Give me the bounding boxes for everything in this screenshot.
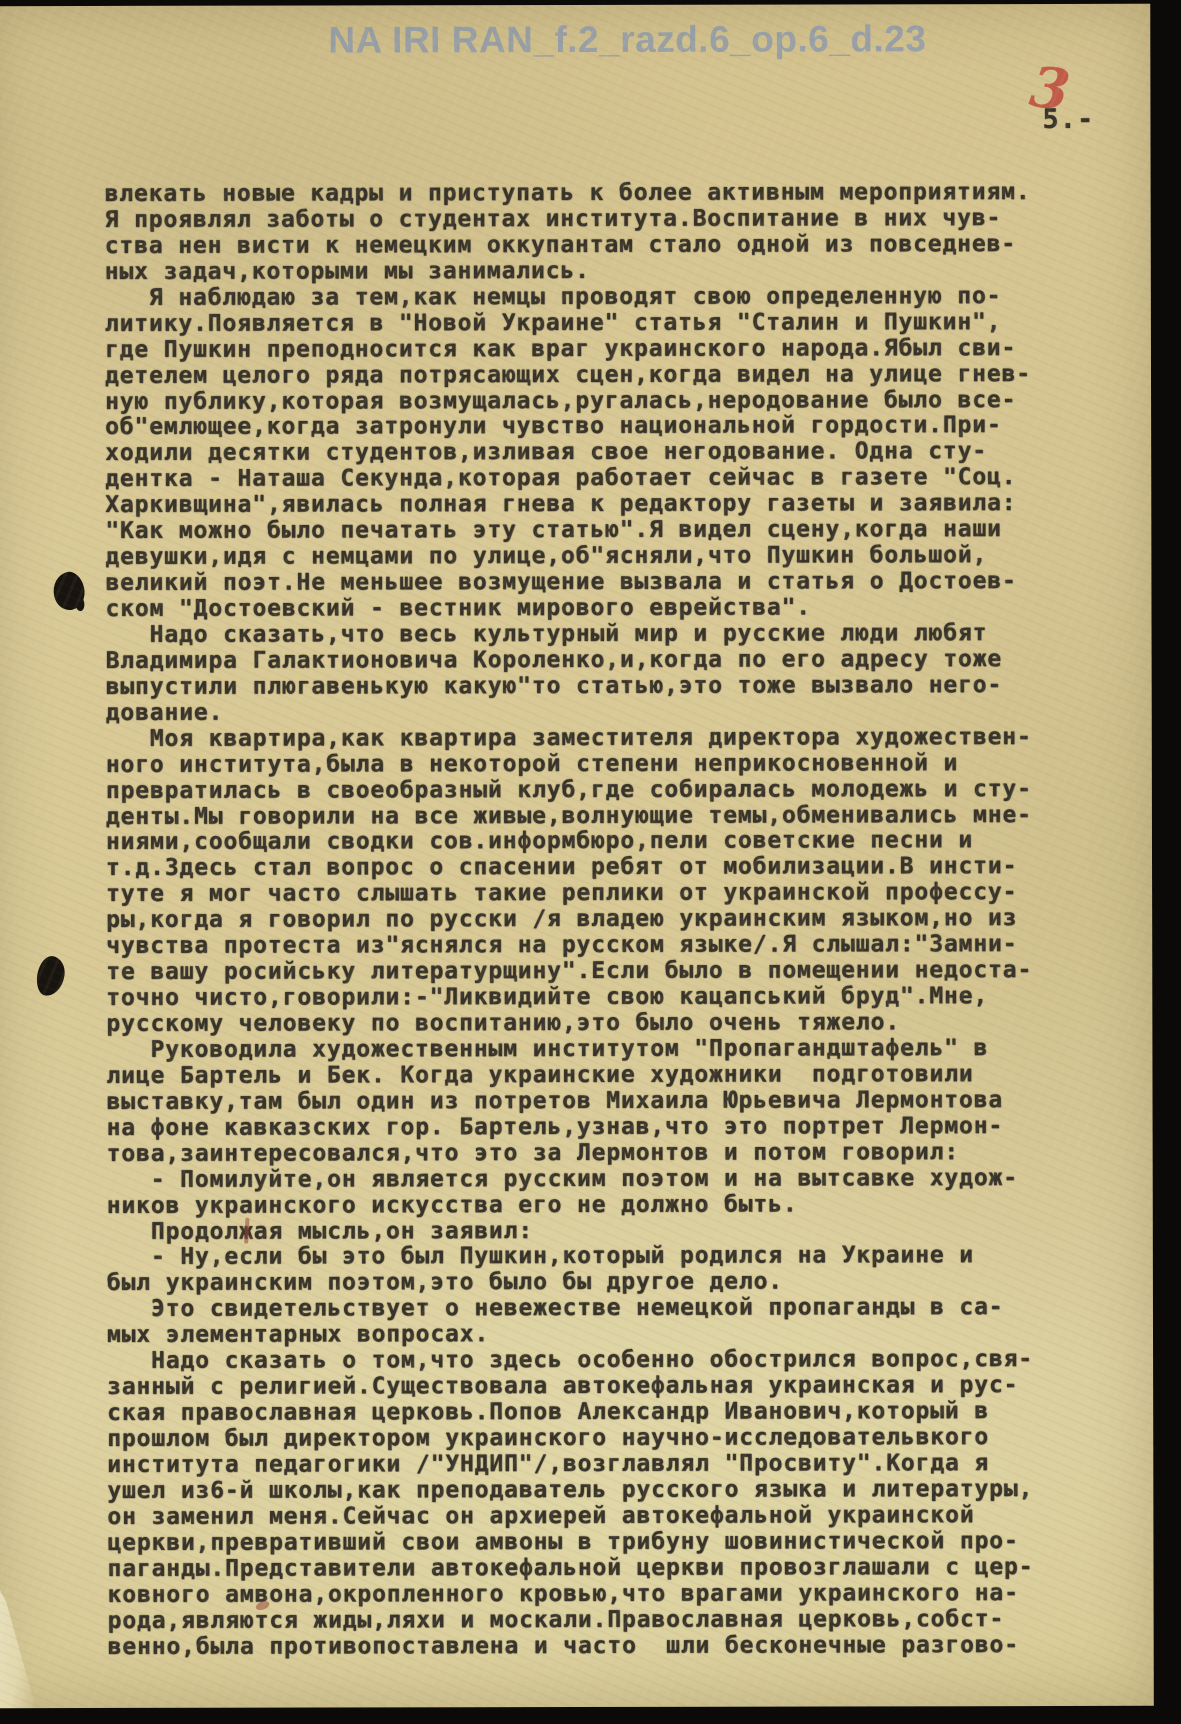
text-line: занный с религией.Существовала автокефал…: [107, 1373, 1067, 1401]
text-line: института педагогики /"УНДИП"/,возглавля…: [107, 1451, 1067, 1479]
text-line: превратилась в своеобразный клуб,где соб…: [106, 777, 1066, 805]
text-line: ходили десятки студентов,изливая свое не…: [105, 439, 1065, 467]
text-line: чувства протеста из"яснялся на русском я…: [106, 932, 1066, 960]
text-line: Я проявлял заботы о студентах института.…: [105, 206, 1065, 234]
text-line: Это свидетельствует о невежестве немецко…: [107, 1295, 1067, 1323]
text-line: ных задач,которыми мы занимались.: [105, 258, 1065, 286]
text-line: об"емлющее,когда затронули чувство нацио…: [105, 413, 1065, 441]
text-line: ушел из6-й школы,как преподаватель русск…: [107, 1477, 1067, 1505]
text-line: паганды.Представители автокефальной церк…: [107, 1555, 1067, 1583]
ink-blot-icon: [34, 954, 67, 998]
text-line: Владимира Галактионовича Короленко,и,ког…: [106, 647, 1066, 675]
text-line: ную публику,которая возмущалась,ругалась…: [105, 387, 1065, 415]
text-line: на фоне кавказских гор. Бартель,узнав,чт…: [107, 1114, 1067, 1142]
text-line: ниями,сообщали сводки сов.информбюро,пел…: [106, 828, 1066, 856]
text-line: Надо сказать о том,что здесь особенно об…: [107, 1347, 1067, 1375]
text-line: ного института,была в некоторой степени …: [106, 751, 1066, 779]
text-line: т.д.Здесь стал вопрос о спасении ребят о…: [106, 854, 1066, 882]
text-line: "Как можно было печатать эту статью".Я в…: [105, 517, 1065, 545]
text-line: выставку,там был один из потретов Михаил…: [106, 1088, 1066, 1116]
text-line: Продолжая мысль,он заявил:: [107, 1217, 1067, 1245]
text-line: Руководила художественным институтом "Пр…: [106, 1036, 1066, 1064]
text-line: ры,когда я говорил по русски /я владею у…: [106, 906, 1066, 934]
text-line: Харкивщина",явилась полная гнева к редак…: [105, 491, 1065, 519]
text-line: точно чисто,говорили:-"Ликвидийте свою к…: [106, 984, 1066, 1012]
archive-watermark: NA IRI RAN_f.2_razd.6_op.6_d.23: [328, 18, 926, 61]
text-line: влекать новые кадры и приступать к более…: [105, 180, 1065, 208]
document-text: влекать новые кадры и приступать к более…: [105, 180, 1068, 1660]
typed-page-number: 5.-: [1042, 104, 1094, 135]
text-line: венно,была противопоставлена и часто шли…: [108, 1632, 1068, 1660]
text-line: Я наблюдаю за тем,как немцы проводят сво…: [105, 284, 1065, 312]
text-line: дование.: [106, 699, 1066, 727]
text-line: мых элементарных вопросах.: [107, 1321, 1067, 1349]
text-line: ства нен висти к немецким оккупантам ста…: [105, 232, 1065, 260]
text-line: Моя квартира,как квартира заместителя ди…: [106, 725, 1066, 753]
paper-sheet: NA IRI RAN_f.2_razd.6_op.6_d.23 3 5.- вл…: [0, 4, 1154, 1708]
scanned-page: NA IRI RAN_f.2_razd.6_op.6_d.23 3 5.- вл…: [0, 0, 1181, 1724]
text-line: ская православная церковь.Попов Александ…: [107, 1399, 1067, 1427]
text-line: прошлом был директором украинского научн…: [107, 1425, 1067, 1453]
text-line: - Помилуйте,он является русским поэтом и…: [107, 1166, 1067, 1194]
text-line: он заменил меня.Сейчас он архиерей авток…: [107, 1503, 1067, 1531]
text-line: дентка - Наташа Секунда,которая работает…: [105, 465, 1065, 493]
text-line: выпустили плюгавенькую какую"то статью,э…: [106, 673, 1066, 701]
text-line: девушки,идя с немцами по улице,об"ясняли…: [105, 543, 1065, 571]
text-line: - Ну,если бы это был Пушкин,который роди…: [107, 1243, 1067, 1271]
text-line: ковного амвона,окропленного кровью,что в…: [108, 1581, 1068, 1609]
text-line: русскому человеку по воспитанию,это было…: [106, 1010, 1066, 1038]
text-line: туте я мог часто слышать такие реплики о…: [106, 880, 1066, 908]
text-line: това,заинтересовался,что это за Лермонто…: [107, 1140, 1067, 1168]
text-line: великий поэт.Не меньшее возмущение вызва…: [105, 569, 1065, 597]
text-line: лице Бартель и Бек. Когда украинские худ…: [106, 1062, 1066, 1090]
text-line: детелем целого ряда потрясающих сцен,ког…: [105, 362, 1065, 390]
text-line: Надо сказать,что весь культурный мир и р…: [106, 621, 1066, 649]
text-line: где Пушкин преподносится как враг украин…: [105, 336, 1065, 364]
text-line: ников украинского искусства его не должн…: [107, 1192, 1067, 1220]
paper-fold: [0, 1578, 36, 1708]
ink-blot-icon: [50, 569, 88, 613]
text-line: церкви,превративший свои амвоны в трибун…: [107, 1529, 1067, 1557]
text-line: те вашу росийську литературщину".Если бы…: [106, 958, 1066, 986]
text-line: был украинским поэтом,это было бы другое…: [107, 1269, 1067, 1297]
text-line: ском "Достоевский - вестник мирового евр…: [105, 595, 1065, 623]
text-line: денты.Мы говорили на все живые,волнующие…: [106, 802, 1066, 830]
text-line: рода,являются жиды,ляхи и москали.Правос…: [108, 1607, 1068, 1635]
text-line: литику.Появляется в "Новой Украине" стат…: [105, 310, 1065, 338]
